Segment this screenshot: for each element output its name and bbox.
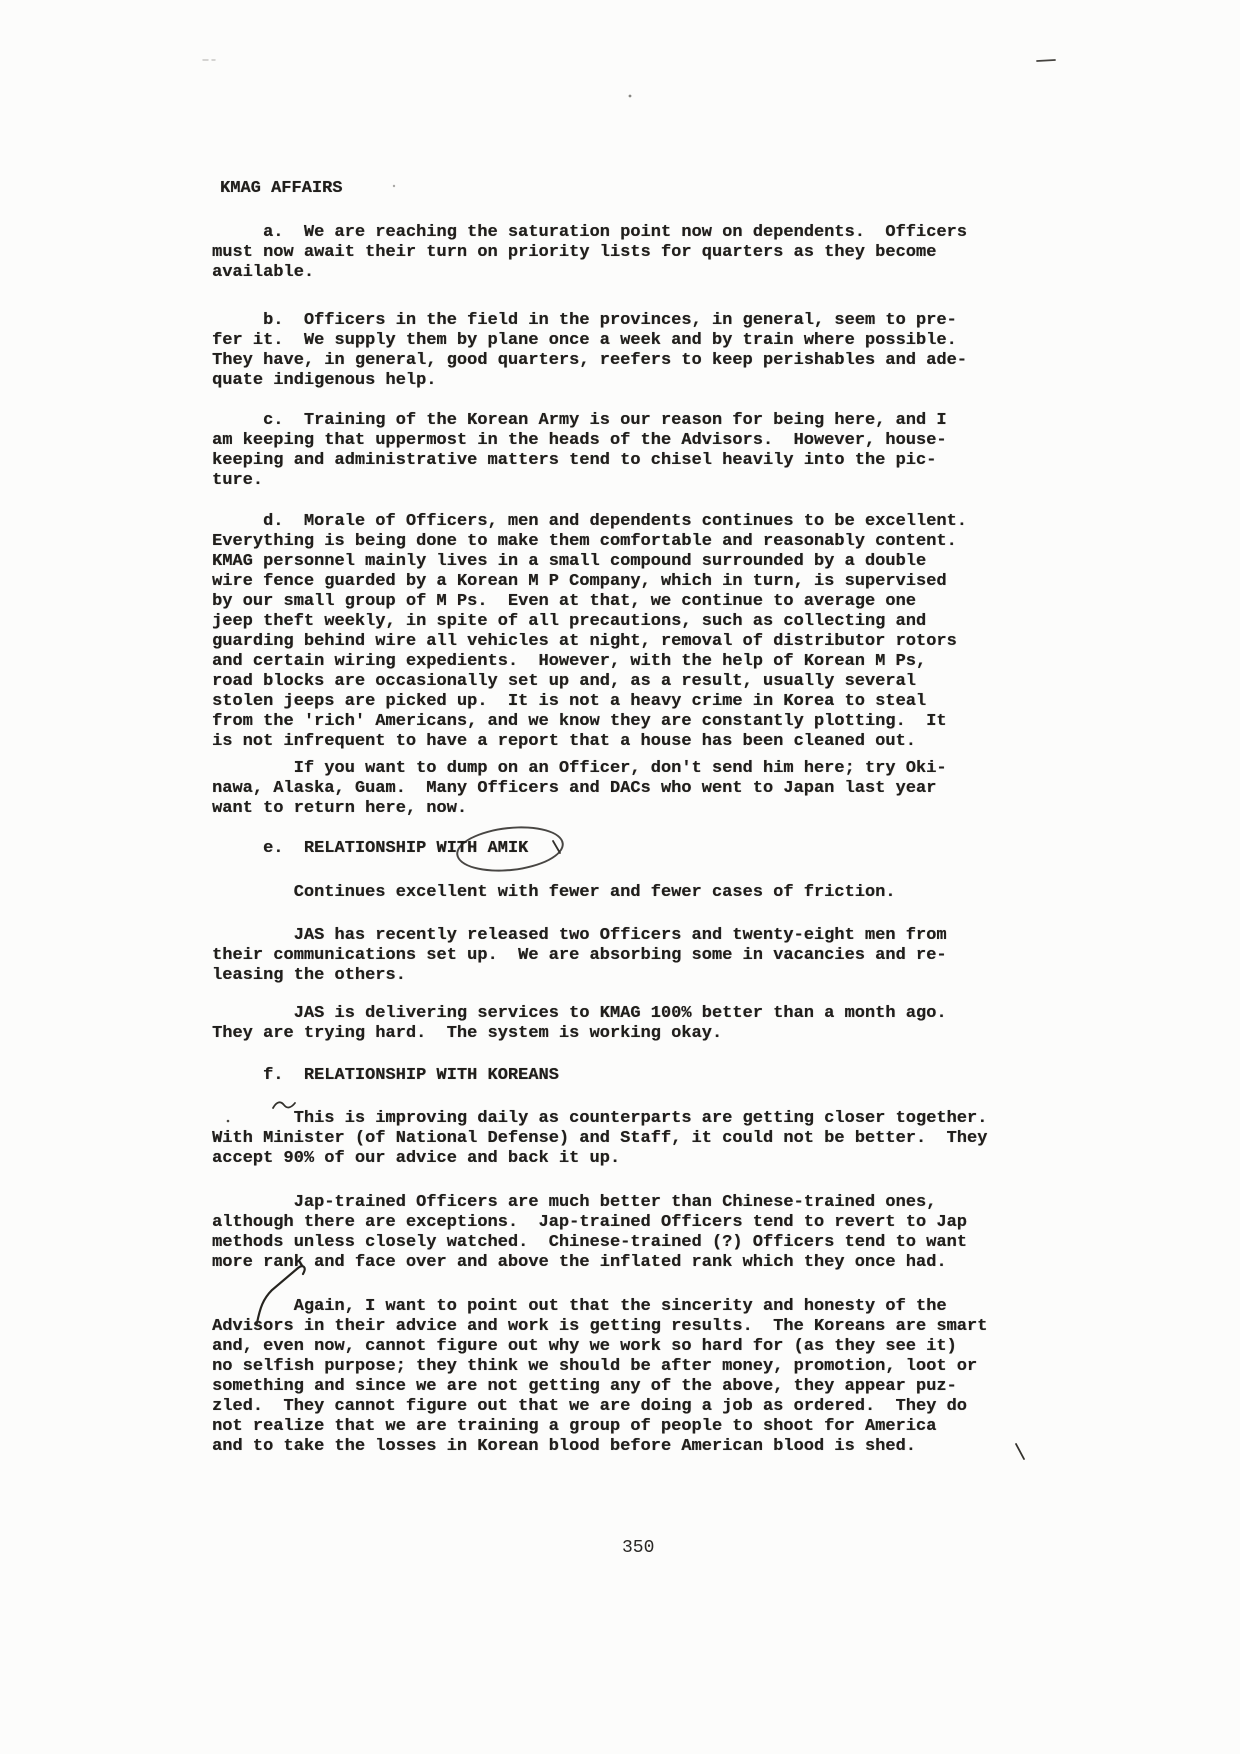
paragraph-f3: Again, I want to point out that the sinc… [212,1297,987,1457]
dash-artifact-top-right [1037,60,1055,61]
paragraph-e1: Continues excellent with fewer and fewer… [212,883,896,903]
scanned-document-page: KMAG AFFAIRS a. We are reaching the satu… [0,0,1240,1754]
tilde-mark-annotation [273,1102,295,1108]
paragraph-d: d. Morale of Officers, men and dependent… [212,512,967,752]
document-heading: KMAG AFFAIRS [220,179,342,199]
circled-word-amik: AMIK [487,839,528,859]
section-f-heading: f. RELATIONSHIP WITH KOREANS [212,1066,559,1086]
circle-tail-stroke [553,841,560,853]
section-e-heading: e. RELATIONSHIP WITH AMIK [212,839,528,859]
paragraph-a: a. We are reaching the saturation point … [212,223,967,283]
paragraph-e2: JAS has recently released two Officers a… [212,926,947,986]
scan-speck [629,95,632,98]
paragraph-c: c. Training of the Korean Army is our re… [212,411,947,491]
paragraph-d-continued: If you want to dump on an Officer, don't… [212,759,947,819]
circled-word-text: AMIK [487,839,528,858]
stray-stroke-after-shed [1016,1444,1024,1459]
paragraph-f1: This is improving daily as counterparts … [212,1109,987,1169]
paragraph-b: b. Officers in the field in the province… [212,311,967,391]
page-number: 350 [622,1538,654,1558]
scan-speck [393,185,395,187]
paragraph-f2: Jap-trained Officers are much better tha… [212,1193,967,1273]
paragraph-e3: JAS is delivering services to KMAG 100% … [212,1004,947,1044]
section-e-heading-prefix: e. RELATIONSHIP WITH [212,839,487,858]
